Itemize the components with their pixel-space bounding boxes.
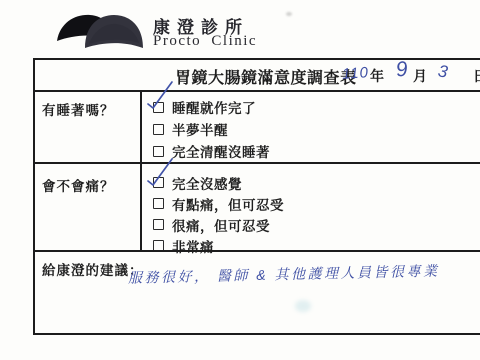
date-month-handwritten: 9: [395, 57, 409, 82]
checkbox-icon: [153, 124, 164, 135]
option-label: 半夢半醒: [172, 119, 228, 139]
question-label-pain: 會不會痛？: [35, 164, 142, 250]
scanned-survey-form: 康澄診所 Procto Clinic 胃鏡大腸鏡滿意度調查表 110 年 9 月…: [0, 0, 480, 360]
suggestion-handwritten: 服務很好， 醫師 & 其他護理人員皆很專業: [128, 260, 458, 287]
option-label: 睡醒就作完了: [172, 97, 256, 117]
options-cell-pain: 完全沒感覺 有點痛，但可忍受 很痛，但可忍受 非常痛: [142, 164, 480, 250]
clinic-name-english: Procto Clinic: [153, 33, 257, 50]
form-title: 胃鏡大腸鏡滿意度調查表: [175, 65, 357, 88]
question-label-sleep: 有睡著嗎？: [35, 92, 142, 162]
option-row: 完全清醒沒睡著: [153, 140, 480, 162]
checkbox-icon: [153, 219, 164, 230]
option-label: 有點痛，但可忍受: [172, 194, 284, 214]
option-label: 完全沒感覺: [172, 173, 242, 193]
question-row-sleep: 有睡著嗎？ 睡醒就作完了 半夢半醒 完全清醒沒睡著: [35, 90, 480, 162]
survey-table: 胃鏡大腸鏡滿意度調查表 110 年 9 月 3 日 有睡著嗎？ 睡醒就作完了 半…: [33, 58, 480, 335]
checkbox-icon: [153, 102, 164, 113]
option-row: 半夢半醒: [153, 118, 480, 140]
checkbox-icon: [153, 177, 164, 188]
options-cell-sleep: 睡醒就作完了 半夢半醒 完全清醒沒睡著: [142, 92, 480, 162]
option-row: 完全沒感覺: [153, 172, 480, 193]
checkbox-icon: [153, 198, 164, 209]
date-day-unit: 日: [473, 66, 480, 86]
question-row-pain: 會不會痛？ 完全沒感覺 有點痛，但可忍受 很痛，但可忍受 非常痛: [35, 162, 480, 250]
checkbox-icon: [153, 146, 164, 157]
option-label: 很痛，但可忍受: [172, 215, 270, 235]
table-header-row: 胃鏡大腸鏡滿意度調查表 110 年 9 月 3 日: [35, 60, 480, 90]
option-row: 很痛，但可忍受: [153, 214, 480, 235]
scan-speck: [286, 12, 292, 16]
clinic-logo-icon: [56, 10, 148, 52]
option-row: 有點痛，但可忍受: [153, 193, 480, 214]
date-year-unit: 年: [370, 66, 384, 86]
scan-smudge: [295, 300, 311, 312]
date-year-handwritten: 110: [341, 64, 369, 83]
suggestion-row: 給康澄的建議： 服務很好， 醫師 & 其他護理人員皆很專業: [35, 250, 480, 331]
date-month-unit: 月: [413, 66, 427, 86]
date-day-handwritten: 3: [436, 61, 449, 82]
option-row: 睡醒就作完了: [153, 96, 480, 118]
option-label: 完全清醒沒睡著: [172, 141, 270, 161]
